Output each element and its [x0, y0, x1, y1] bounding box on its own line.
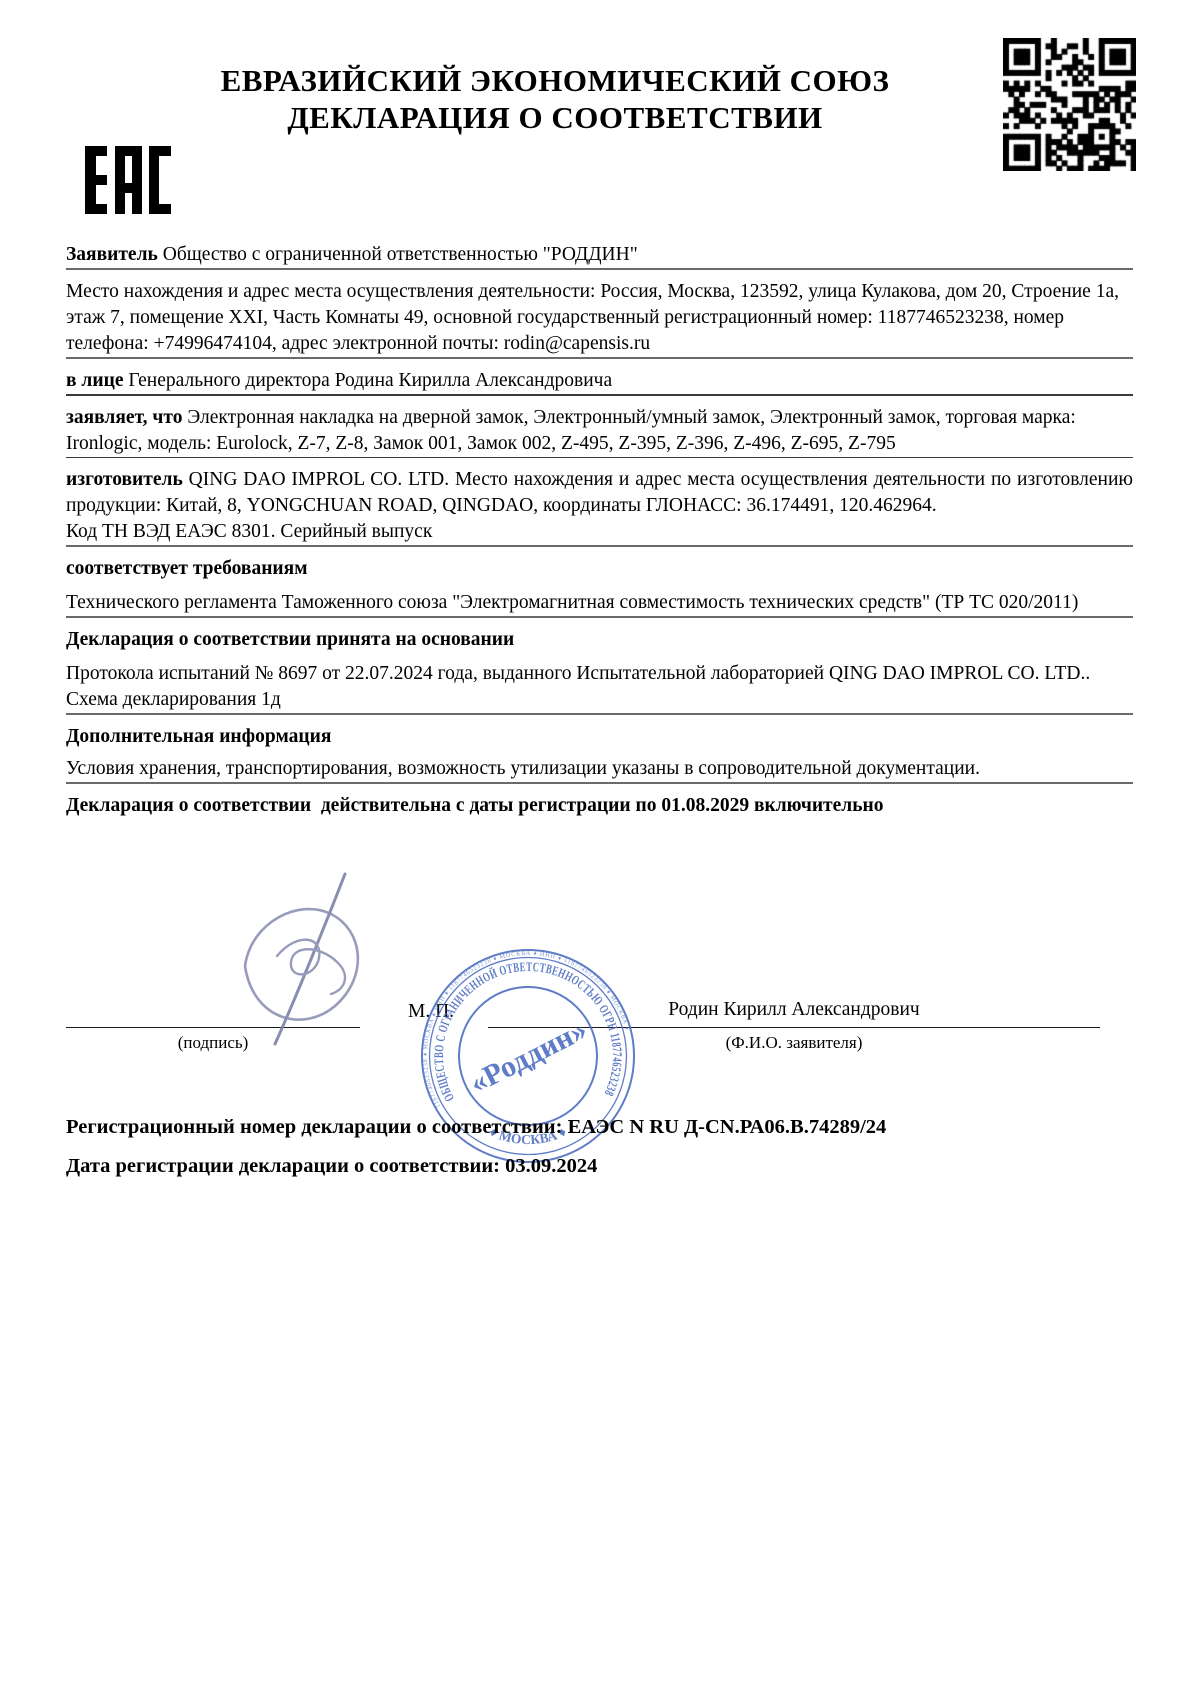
product-value: Электронная накладка на дверной замок, Э… — [66, 407, 1076, 454]
applicant-paragraph: Заявитель Общество с ограниченной ответс… — [66, 242, 1133, 268]
company-stamp: 1187746523238 ♦ МОСКВА ♦ ИНН ♦ 118774652… — [408, 936, 648, 1176]
eac-mark-icon — [85, 146, 171, 219]
manufacturer-value: QING DAO IMPROL CO. LTD. Место нахождени… — [66, 469, 1133, 516]
registration-number-value: ЕАЭС N RU Д-CN.РА06.В.74289/24 — [562, 1116, 886, 1138]
applicant-value: Общество с ограниченной ответственностью… — [158, 244, 638, 265]
registration-number-line: Регистрационный номер декларации о соотв… — [66, 1116, 1133, 1139]
represented-value: Генерального директора Родина Кирилла Ал… — [123, 370, 612, 391]
declaration-body: Заявитель Общество с ограниченной ответс… — [66, 242, 1133, 819]
address-paragraph: Место нахождения и адрес места осуществл… — [66, 279, 1133, 357]
qr-code — [1003, 38, 1136, 171]
document-title: ЕВРАЗИЙСКИЙ ЭКОНОМИЧЕСКИЙ СОЮЗ ДЕКЛАРАЦИ… — [0, 62, 1110, 136]
basis-paragraph: Протокола испытаний № 8697 от 22.07.2024… — [66, 661, 1133, 687]
section-divider — [66, 457, 1133, 459]
registration-date-label: Дата регистрации декларации о соответств… — [66, 1155, 500, 1177]
registration-date-line: Дата регистрации декларации о соответств… — [66, 1155, 1133, 1178]
conforms-heading: соответствует требованиям — [66, 556, 1133, 582]
section-divider — [66, 545, 1133, 547]
section-divider — [66, 713, 1133, 715]
section-divider — [66, 268, 1133, 270]
represented-label: в лице — [66, 370, 123, 391]
conforms-paragraph: Технического регламента Таможенного союз… — [66, 590, 1133, 616]
section-divider — [66, 394, 1133, 396]
manufacturer-label: изготовитель — [66, 469, 183, 490]
title-union: ЕВРАЗИЙСКИЙ ЭКОНОМИЧЕСКИЙ СОЮЗ — [0, 62, 1110, 99]
section-divider — [66, 782, 1133, 784]
section-divider — [66, 616, 1133, 618]
manufacturer-paragraph: изготовитель QING DAO IMPROL CO. LTD. Ме… — [66, 467, 1133, 519]
scheme-paragraph: Схема декларирования 1д — [66, 687, 1133, 713]
applicant-label: Заявитель — [66, 244, 158, 265]
stamp-center-text: «Роддин» — [464, 1013, 592, 1100]
handwritten-signature — [225, 868, 395, 1048]
tnved-paragraph: Код ТН ВЭД ЕАЭС 8301. Серийный выпуск — [66, 519, 1133, 545]
validity-heading: Декларация о соответствии действительна … — [66, 793, 1133, 819]
product-paragraph: заявляет, что Электронная накладка на дв… — [66, 405, 1133, 457]
additional-heading: Дополнительная информация — [66, 724, 1133, 750]
additional-paragraph: Условия хранения, транспортирования, воз… — [66, 756, 1133, 782]
registration-date-value: 03.09.2024 — [500, 1155, 597, 1177]
declares-label: заявляет, что — [66, 407, 183, 428]
basis-heading: Декларация о соответствии принята на осн… — [66, 627, 1133, 653]
declaration-document: ЕВРАЗИЙСКИЙ ЭКОНОМИЧЕСКИЙ СОЮЗ ДЕКЛАРАЦИ… — [0, 0, 1190, 1683]
registration-number-label: Регистрационный номер декларации о соотв… — [66, 1116, 562, 1138]
title-declaration: ДЕКЛАРАЦИЯ О СООТВЕТСТВИИ — [0, 99, 1110, 136]
section-divider — [66, 357, 1133, 359]
represented-paragraph: в лице Генерального директора Родина Кир… — [66, 368, 1133, 394]
